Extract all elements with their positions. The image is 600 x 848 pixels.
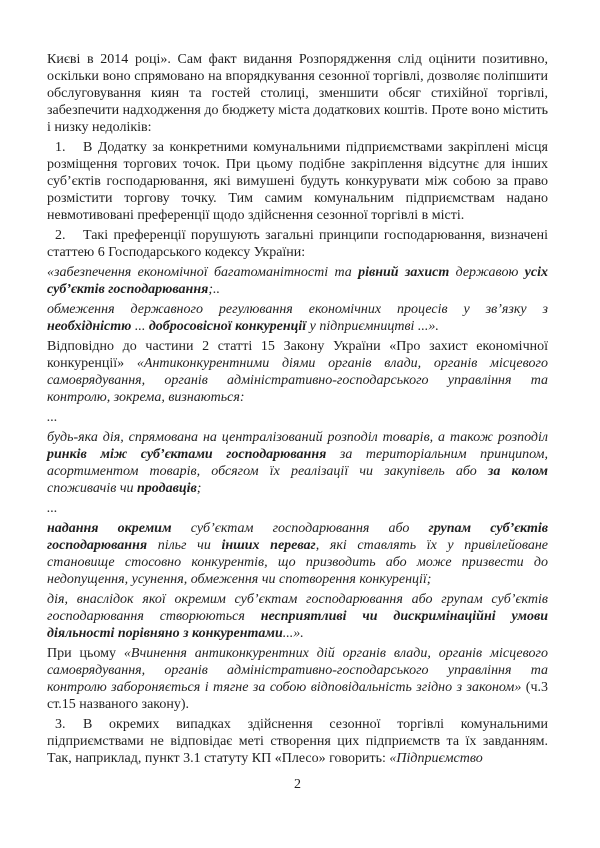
text-run: «Підприємство	[389, 751, 482, 766]
list-item-2: 2.Такі преференції порушують загальні пр…	[47, 227, 548, 261]
list-item-3: 3.В окремих випадках здійснення сезонної…	[47, 716, 548, 767]
text-run: інших переваг	[221, 538, 315, 553]
text-run: «забезпечення економічної багатоманітнос…	[47, 265, 358, 280]
body-paragraph: При цьому «Вчинення антиконкурентних дій…	[47, 645, 548, 713]
text-run: ;..	[208, 282, 220, 297]
text-run: ринків між суб’єктами господарювання	[47, 447, 326, 462]
text-run: надання окремим	[47, 521, 172, 536]
text-run: суб’єктам господарювання або	[172, 521, 429, 536]
text-run: При цьому	[47, 646, 124, 661]
text-run: державою	[449, 265, 524, 280]
text-run: Такі преференції порушують загальні прин…	[47, 228, 548, 260]
text-run: ;	[197, 481, 202, 496]
text-run: пільг чи	[147, 538, 221, 553]
text-run: обмеження державного регулювання економі…	[47, 302, 548, 317]
text-run: у підприємництві ...».	[306, 319, 439, 334]
list-number: 1.	[47, 139, 83, 156]
text-run: споживачів чи	[47, 481, 137, 496]
list-number: 3.	[47, 716, 83, 733]
document-page: { "doc": { "background": "#ffffff", "tex…	[0, 0, 600, 848]
text-run: добросовісної конкуренції	[149, 319, 306, 334]
legal-quote: дія, внаслідок якої окремим суб’єктам го…	[47, 591, 548, 642]
page-number: 2	[47, 776, 548, 793]
document-sheet: Києві в 2014 році». Сам факт видання Роз…	[0, 0, 600, 848]
body-paragraph: Відповідно до частини 2 статті 15 Закону…	[47, 338, 548, 406]
text-run: ...	[47, 501, 58, 516]
text-run: В Додатку за конкретними комунальними пі…	[47, 140, 548, 223]
continued-paragraph: Києві в 2014 році». Сам факт видання Роз…	[47, 51, 548, 136]
list-number: 2.	[47, 227, 83, 244]
legal-quote: будь-яка дія, спрямована на централізова…	[47, 429, 548, 497]
text-run: рівний захист	[358, 265, 449, 280]
legal-quote: «забезпечення економічної багатоманітнос…	[47, 264, 548, 298]
text-run: ...	[47, 410, 58, 425]
legal-quote: обмеження державного регулювання економі…	[47, 301, 548, 335]
ellipsis-line: ...	[47, 409, 548, 426]
text-run: Києві в 2014 році». Сам факт видання Роз…	[47, 52, 548, 135]
text-run: за колом	[488, 464, 548, 479]
legal-quote: надання окремим суб’єктам господарювання…	[47, 520, 548, 588]
text-run: ...	[131, 319, 149, 334]
ellipsis-line: ...	[47, 500, 548, 517]
text-run: необхідністю	[47, 319, 131, 334]
text-run: продавців	[137, 481, 197, 496]
text-run: будь-яка дія, спрямована на централізова…	[47, 430, 548, 445]
text-block: Києві в 2014 році». Сам факт видання Роз…	[47, 51, 548, 793]
text-run: ...».	[283, 626, 304, 641]
list-item-1: 1.В Додатку за конкретними комунальними …	[47, 139, 548, 224]
